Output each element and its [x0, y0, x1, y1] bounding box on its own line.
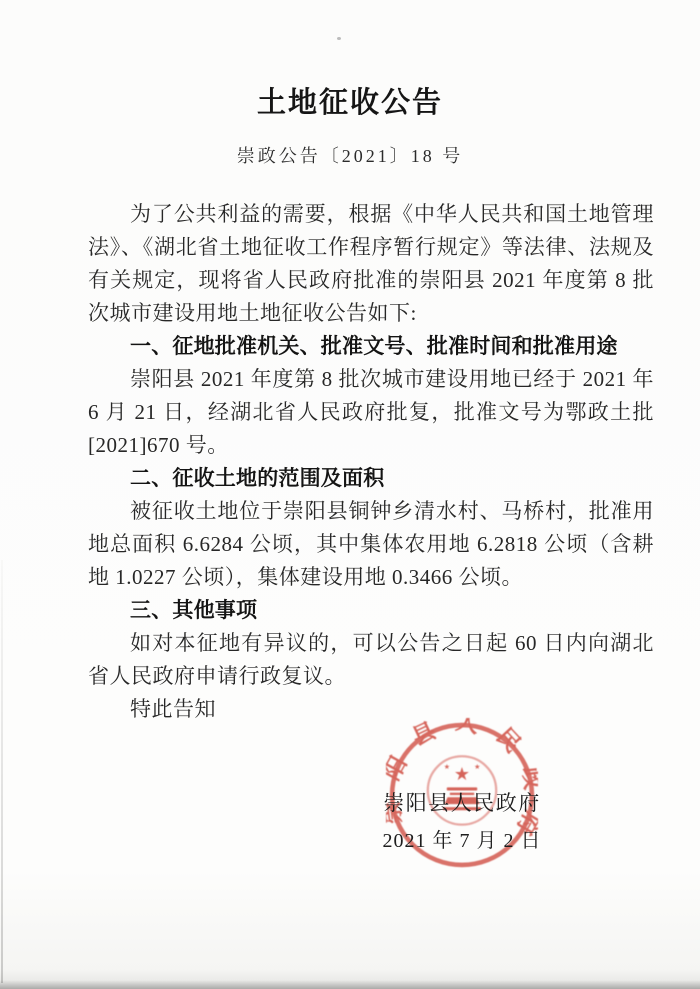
scanned-document-page: 土地征收公告 崇政公告〔2021〕18 号 为了公共利益的需要，根据《中华人民共… [0, 0, 700, 989]
seal-small-star-left-icon: ★ [444, 763, 450, 771]
scan-edge-bottom [0, 980, 700, 989]
scan-edge-left [1, 560, 3, 983]
section-1-body: 崇阳县 2021 年度第 8 批次城市建设用地已经于 2021 年 6 月 21… [88, 363, 654, 462]
section-3-heading: 三、其他事项 [88, 594, 654, 627]
signature-block: 崇阳县人民政府 2021 年 7 月 2 日 [342, 789, 582, 855]
closing-note: 特此告知 [88, 693, 654, 726]
document-title: 土地征收公告 [0, 80, 700, 121]
document-number: 崇政公告〔2021〕18 号 [0, 142, 700, 168]
signature-date: 2021 年 7 月 2 日 [342, 827, 582, 855]
seal-small-star-right-icon: ★ [474, 763, 480, 771]
scan-speck [337, 37, 341, 40]
section-1-heading: 一、征地批准机关、批准文号、批准时间和批准用途 [88, 330, 654, 363]
intro-paragraph: 为了公共利益的需要，根据《中华人民共和国土地管理法》、《湖北省土地征收工作程序暂… [88, 198, 654, 330]
section-2-heading: 二、征收土地的范围及面积 [88, 462, 654, 495]
section-3-body: 如对本征地有异议的，可以公告之日起 60 日内向湖北省人民政府申请行政复议。 [88, 627, 654, 693]
issuer-name: 崇阳县人民政府 [342, 789, 582, 817]
document-body: 为了公共利益的需要，根据《中华人民共和国土地管理法》、《湖北省土地征收工作程序暂… [88, 198, 654, 726]
section-2-body: 被征收土地位于崇阳县铜钟乡清水村、马桥村，批准用地总面积 6.6284 公顷，其… [88, 495, 654, 594]
seal-star-icon: ★ [454, 764, 470, 784]
